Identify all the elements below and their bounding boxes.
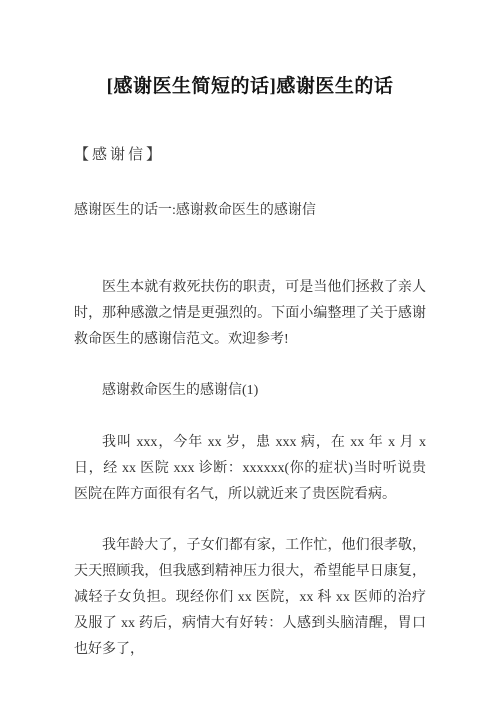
document-page: [感谢医生简短的话]感谢医生的话 【感谢信】 感谢医生的话一:感谢救命医生的感谢… [0,0,496,702]
letter-paragraph-1: 我叫 xxx，今年 xx 岁，患 xxx 病，在 xx 年 x 月 x 日，经 … [74,430,426,508]
category-tag: 【感谢信】 [74,142,426,168]
document-title: [感谢医生简短的话]感谢医生的话 [74,72,426,102]
section-heading: 感谢医生的话一:感谢救命医生的感谢信 [74,198,426,224]
intro-paragraph: 医生本就有救死扶伤的职责，可是当他们拯救了亲人时，那种感激之情是更强烈的。下面小… [74,275,426,353]
letter-heading: 感谢救命医生的感谢信(1) [74,378,426,404]
letter-paragraph-2: 我年龄大了，子女们都有家，工作忙，他们很孝敬，天天照顾我，但我感到精神压力很大，… [74,533,426,663]
